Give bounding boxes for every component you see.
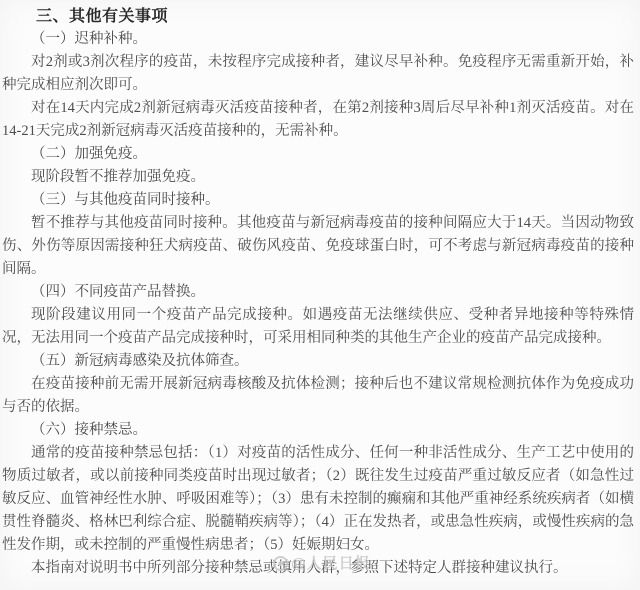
section-paragraph: 通常的疫苗接种禁忌包括：（1）对疫苗的活性成分、任何一种非活性成分、生产工艺中使… <box>2 442 634 557</box>
section-heading: （六）接种禁忌。 <box>2 419 634 442</box>
section-heading: （五）新冠病毒感染及抗体筛查。 <box>2 350 634 373</box>
document-title: 三、其他有关事项 <box>2 5 634 28</box>
closing-paragraph: 本指南对说明书中所列部分接种禁忌或慎用人群，参照下述特定人群接种建议执行。 <box>2 557 634 580</box>
section-paragraph: 对2剂或3剂次程序的疫苗，未按程序完成接种者，建议尽早补种。免疫程序无需重新开始… <box>2 51 634 97</box>
section-paragraph: 对在14天内完成2剂新冠病毒灭活疫苗接种者，在第2剂接种3周后尽早补种1剂灭活疫… <box>2 97 634 143</box>
section-heading: （二）加强免疫。 <box>2 143 634 166</box>
section-paragraph: 现阶段建议用同一个疫苗产品完成接种。如遇疫苗无法继续供应、受种者异地接种等特殊情… <box>2 304 634 350</box>
section-paragraph: 现阶段暂不推荐加强免疫。 <box>2 166 634 189</box>
section-heading: （一）迟种补种。 <box>2 28 634 51</box>
section-paragraph: 在疫苗接种前无需开展新冠病毒核酸及抗体检测；接种后也不建议常规检测抗体作为免疫成… <box>2 373 634 419</box>
section-heading: （三）与其他疫苗同时接种。 <box>2 189 634 212</box>
section-heading: （四）不同疫苗产品替换。 <box>2 281 634 304</box>
document-page: 三、其他有关事项 （一）迟种补种。对2剂或3剂次程序的疫苗，未按程序完成接种者，… <box>0 0 640 590</box>
sections: （一）迟种补种。对2剂或3剂次程序的疫苗，未按程序完成接种者，建议尽早补种。免疫… <box>2 28 634 557</box>
section-paragraph: 暂不推荐与其他疫苗同时接种。其他疫苗与新冠病毒疫苗的接种间隔应大于14天。当因动… <box>2 212 634 281</box>
